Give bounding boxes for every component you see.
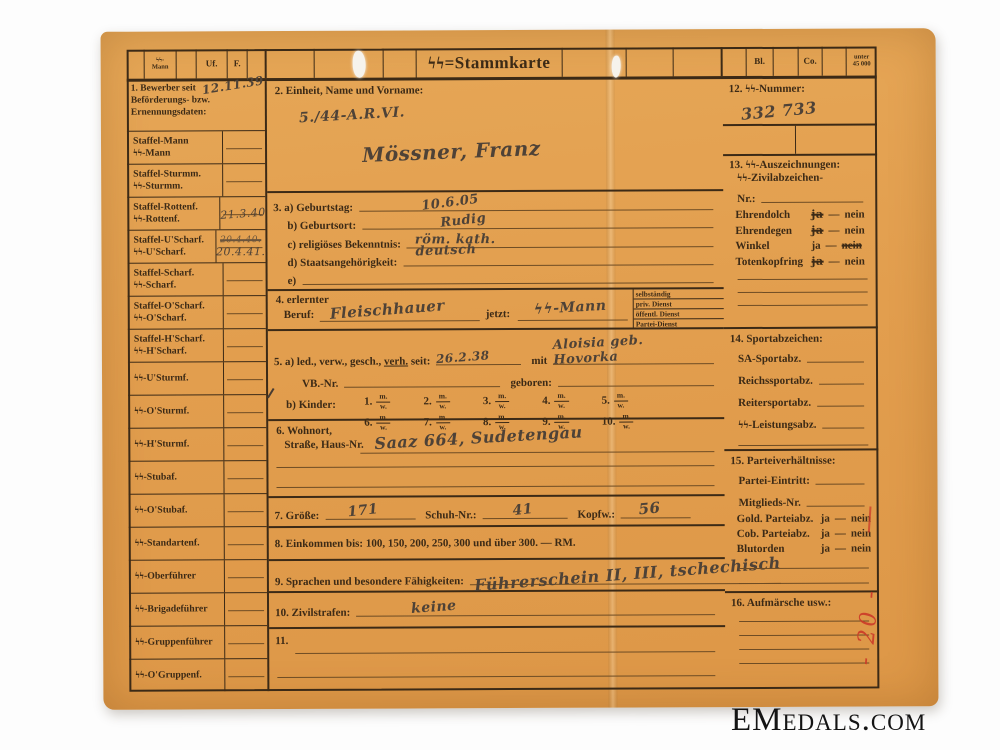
ehrendolch-ja: ja — [811, 208, 823, 221]
rank-row: ϟϟ-Brigadeführer — [129, 593, 267, 627]
split-cell-row — [723, 125, 877, 156]
section-ss-nummer: 12. ϟϟ-Nummer: 332 733 — [723, 78, 877, 126]
dash: — — [835, 513, 846, 525]
staatsangehoerigkeit-label: d) Staatsangehörigkeit: — [268, 256, 398, 269]
rank-date-cell — [224, 494, 267, 526]
cob-parteiabz-label: Cob. Parteiabz. — [737, 528, 821, 540]
blutorden-ja: ja — [821, 543, 830, 555]
rank-label: ϟϟ-O'Sturmf. — [134, 405, 223, 417]
section-parteiverhaeltnisse: 15. Parteiverhältnisse: Partei-Eintritt:… — [724, 450, 879, 593]
header-cell-empty — [384, 48, 417, 77]
rank-row: Staffel-O'Scharf.ϟϟ-O'Scharf. — [128, 296, 266, 330]
partei-eintritt-label: Partei-Eintritt: — [724, 475, 810, 487]
zivilstrafen-label: 10. Zivilstrafen: — [269, 607, 350, 619]
ernennungsdaten-label: Ernennungsdaten: — [131, 107, 262, 119]
geburtsort-value: Rudig — [439, 211, 486, 231]
kind-number: 2. — [423, 396, 431, 408]
header-cell-empty — [627, 47, 674, 76]
rank-date-cell — [223, 461, 266, 493]
reitersportabz-label: Reitersportabz. — [724, 397, 811, 409]
rank-date-value: 20.4.41. — [216, 245, 266, 258]
header-cell-empty — [315, 49, 384, 78]
geburtstag-label: 3. a) Geburtstag: — [267, 202, 353, 214]
gold-parteiabz-ja: ja — [821, 513, 830, 525]
section-sprachen: 9. Sprachen und besondere Fähigkeiten: F… — [269, 559, 725, 593]
vb-nr-label: VB.-Nr. — [268, 378, 338, 390]
rank-date-cell — [223, 329, 266, 361]
header-cell-bl: Bl. — [747, 47, 774, 76]
rank-row: Staffel-Rottenf.ϟϟ-Rottenf. 21.3.40 — [127, 197, 265, 231]
rank-date-cell — [223, 362, 266, 394]
uf-label: Uf. — [206, 59, 218, 68]
rank-row: ϟϟ-O'Stubaf. — [129, 494, 267, 528]
groesse-value: 171 — [346, 501, 378, 520]
rank-column: 1. Bewerber seit Beförderungs- bzw. Erne… — [127, 81, 270, 692]
rank-date-cell — [224, 659, 267, 691]
rank-label: ϟϟ-Sturmm. — [133, 180, 222, 192]
dash: — — [828, 208, 839, 220]
rank-label: ϟϟ-Standartenf. — [135, 537, 224, 549]
rank-date-cell — [222, 164, 265, 196]
option-priv-dienst: priv. Dienst — [634, 299, 724, 309]
dash: — — [826, 240, 837, 252]
kind-m-label: m. — [376, 393, 390, 403]
promotion-dates-header: 1. Bewerber seit Beförderungs- bzw. Erne… — [127, 81, 265, 132]
rank-label: ϟϟ-H'Scharf. — [134, 345, 223, 357]
schuh-nr-value: 41 — [512, 501, 534, 519]
mit-label: mit — [531, 355, 547, 367]
header-cell-ss-mann: ϟϟ- Mann — [145, 49, 177, 78]
blank-line — [277, 485, 715, 488]
header-cell-co: Co. — [799, 47, 823, 76]
rank-date-crossed-value: 20.4.40. — [220, 235, 261, 245]
totenkopfring-nein: nein — [845, 255, 865, 267]
wohnort-label-line1: 6. Wohnort, — [276, 425, 332, 437]
header-cell-empty — [674, 47, 723, 76]
blank-line — [738, 304, 868, 306]
rank-row: ϟϟ-H'Sturmf. — [128, 428, 266, 462]
header-cell-empty — [267, 49, 315, 78]
winkel-nein: nein — [842, 240, 862, 252]
rank-row: Staffel-Scharf.ϟϟ-Scharf. — [128, 263, 266, 297]
beruf-label-line2: Beruf: — [284, 309, 315, 321]
kind-number: 5. — [602, 395, 610, 407]
rank-date-cell: 20.4.40. 20.4.41. — [215, 230, 266, 262]
rank-row: Staffel-Sturmm.ϟϟ-Sturmm. — [127, 164, 265, 198]
rank-label: Staffel-O'Scharf. — [134, 301, 223, 313]
blank-line — [739, 567, 869, 569]
paper-damage-spot — [353, 51, 366, 78]
jetzt-label: jetzt: — [486, 308, 510, 320]
rank-date-cell — [223, 263, 266, 295]
rank-label: Staffel-H'Scharf. — [134, 334, 223, 346]
kind-w-label: w. — [618, 401, 625, 410]
familienstand-label: 5. a) led., verw., gesch., verh. seit: — [268, 355, 430, 368]
rank-label: ϟϟ-O'Gruppenf. — [135, 669, 224, 681]
rank-label: Staffel-U'Scharf. — [133, 235, 215, 247]
rank-label: ϟϟ-U'Sturmf. — [134, 372, 223, 384]
kind-w-label: w. — [439, 402, 446, 411]
blank-line — [738, 278, 868, 280]
kopfweite-label: Kopfw.: — [577, 509, 615, 521]
verheiratet-seit-value: 26.2.38 — [436, 348, 490, 366]
rank-row: Staffel-Mannϟϟ-Mann — [127, 131, 265, 165]
rank-label: Staffel-Mann — [133, 136, 222, 148]
dash: — — [829, 255, 840, 267]
bl-label: Bl. — [754, 57, 765, 66]
kind-m-label: m. — [554, 392, 568, 402]
header-cell-empty — [774, 47, 799, 76]
kind-m-label: m. — [495, 392, 509, 402]
kinder-label: b) Kinder: — [286, 399, 336, 411]
sportabzeichen-title: 14. Sportabzeichen: — [724, 328, 878, 345]
schuh-nr-label: Schuh-Nr.: — [425, 509, 476, 521]
rank-label: ϟϟ-Scharf. — [134, 279, 223, 291]
rank-row: ϟϟ-U'Sturmf. — [128, 362, 266, 396]
kind-w-label: w. — [380, 402, 387, 411]
wohnort-label-line2: Straße, Haus-Nr. — [284, 439, 363, 451]
cob-parteiabz-ja: ja — [821, 528, 830, 540]
ss-mann-line2: Mann — [152, 64, 169, 71]
unit-name-label: 2. Einheit, Name und Vorname: — [267, 79, 723, 97]
kopfweite-value: 56 — [638, 498, 661, 518]
sprachen-label: 9. Sprachen und besondere Fähigkeiten: — [269, 575, 464, 588]
rank-label: Staffel-Rottenf. — [133, 202, 219, 214]
rank-date-cell — [223, 395, 266, 427]
groesse-label: 7. Größe: — [269, 510, 320, 522]
rank-label: ϟϟ-Gruppenführer — [135, 636, 224, 648]
rank-label: ϟϟ-Oberführer — [135, 570, 224, 582]
kind-m-label: m. — [614, 392, 628, 402]
ehrendegen-nein: nein — [844, 224, 864, 236]
rank-row: Staffel-U'Scharf.ϟϟ-U'Scharf. 20.4.40. 2… — [127, 230, 265, 264]
rank-label: ϟϟ-U'Scharf. — [133, 246, 215, 258]
header-cell-empty — [127, 50, 145, 79]
rank-date-value: 21.3.40 — [219, 205, 265, 221]
mitglieds-nr-label: Mitglieds-Nr. — [725, 497, 801, 509]
rank-label: ϟϟ-Mann — [133, 147, 222, 159]
field-e-label: e) — [268, 275, 297, 287]
kind-number: 4. — [542, 395, 550, 407]
header-cell-uf: Uf. — [197, 49, 228, 78]
pen-mark — [267, 388, 282, 403]
header-cell-f: F. — [228, 49, 248, 78]
kinder-row-1-5: 1.m.w. 2.m.w. 3.m.w. 4.m.w. 5.m.w. — [364, 391, 724, 411]
blutorden-label: Blutorden — [737, 543, 821, 555]
blank-line — [739, 648, 869, 650]
card-title-text: ϟϟ=Stammkarte — [428, 53, 551, 71]
rank-date-cell — [223, 296, 266, 328]
rank-label: ϟϟ-Stubaf. — [134, 471, 223, 483]
section-sportabzeichen: 14. Sportabzeichen: SA-Sportabz. Reichss… — [724, 328, 879, 451]
sa-sportabz-label: SA-Sportabz. — [724, 353, 801, 365]
rank-label: ϟϟ-Brigadeführer — [135, 603, 224, 615]
header-cell-empty — [723, 47, 747, 76]
parteiverhaeltnisse-title: 15. Parteiverhältnisse: — [724, 450, 878, 467]
dash: — — [828, 224, 839, 236]
blank-line — [739, 634, 869, 636]
rank-label: Staffel-Scharf. — [134, 268, 223, 280]
rank-label: ϟϟ-Rottenf. — [133, 213, 219, 225]
staatsangehoerigkeit-value: deutsch — [415, 242, 477, 259]
blank-line — [295, 651, 715, 654]
ehrendolch-nein: nein — [844, 208, 864, 220]
blank-line — [739, 620, 869, 622]
bekenntnis-label: c) religiöses Bekenntnis: — [267, 238, 401, 251]
rank-date-cell — [224, 593, 267, 625]
option-selbstaendig: selbständig — [634, 289, 724, 299]
dash: — — [835, 543, 846, 555]
winkel-ja: ja — [811, 240, 820, 252]
stammkarte-document: ϟϟ- Mann Uf. F. ϟϟ=Stammkarte Bl. Co. un… — [101, 28, 939, 710]
name-value: Mössner, Franz — [362, 129, 724, 167]
kind-w-label: w. — [499, 402, 506, 411]
rank-label: Staffel-Sturmm. — [133, 169, 222, 181]
geburtsort-label: b) Geburtsort: — [267, 220, 356, 232]
blank-line — [738, 291, 868, 293]
split-cell-divider — [795, 126, 796, 154]
section-zivilstrafen: 10. Zivilstrafen: keine — [269, 591, 725, 629]
rank-date-cell — [223, 428, 266, 460]
option-oeffentl-dienst: öffentl. Dienst — [634, 309, 724, 319]
rank-row: Staffel-H'Scharf.ϟϟ-H'Scharf. — [128, 329, 266, 363]
watermark: EMedals.com — [731, 702, 926, 739]
beruf-value: Fleischhauer — [329, 296, 445, 322]
blank-line — [739, 662, 869, 664]
section-groesse: 7. Größe: 171 Schuh-Nr.: 41 Kopfw.: 56 — [269, 496, 725, 528]
header-cell-unter: unter 45 000 — [847, 46, 877, 75]
kind-number: 1. — [364, 396, 372, 408]
wohnort-value: Saaz 664, Sudetengau — [374, 422, 583, 453]
ehefrau-value: Aloisia geb. Hovorka — [553, 329, 715, 368]
jetzt-value: ϟϟ-Mann — [533, 298, 607, 318]
unit-value: 5./44-A.R.VI. — [299, 103, 430, 126]
rank-date-cell — [224, 560, 267, 592]
kind-number: 3. — [483, 395, 491, 407]
card-title: ϟϟ=Stammkarte — [417, 48, 563, 78]
blank-line — [738, 444, 868, 446]
section-einkommen: 8. Einkommen bis: 100, 150, 200, 250, 30… — [269, 526, 725, 561]
totenkopfring-ja: ja — [812, 255, 824, 268]
rank-row: ϟϟ-Gruppenführer — [129, 626, 267, 660]
co-label: Co. — [804, 56, 817, 65]
rank-date-cell: 21.3.40 — [219, 197, 266, 229]
section-birth-data: 3. a) Geburtstag: 10.6.05 b) Geburtsort:… — [267, 191, 723, 291]
rank-label: ϟϟ-O'Stubaf. — [135, 504, 224, 516]
header-cell-empty — [177, 49, 197, 78]
nr-label: Nr.: — [723, 193, 755, 205]
zivilstrafen-value: keine — [411, 598, 458, 617]
dash: — — [835, 528, 846, 540]
ehrendolch-label: Ehrendolch — [735, 208, 811, 220]
section-auszeichnungen: 13. ϟϟ-Auszeichnungen: ϟϟ-Zivilabzeichen… — [723, 155, 878, 329]
blutorden-nein: nein — [851, 542, 871, 554]
section-unit-name: 2. Einheit, Name und Vorname: 5./44-A.R.… — [267, 79, 723, 193]
blank-line — [739, 582, 869, 584]
rank-row: ϟϟ-O'Sturmf. — [128, 395, 266, 429]
auszeichnungen-title: 13. ϟϟ-Auszeichnungen: — [723, 155, 877, 171]
ss-nummer-label: 12. ϟϟ-Nummer: — [723, 78, 877, 95]
unter-line2: 45 000 — [853, 61, 871, 68]
reichssportabz-label: Reichssportabz. — [724, 375, 813, 387]
section-beruf: 4. erlernter Beruf: Fleischhauer jetzt: … — [268, 289, 724, 331]
section-11: 11. — [269, 627, 725, 691]
rank-row: ϟϟ-O'Gruppenf. — [129, 659, 267, 692]
kind-w-label: w. — [558, 401, 565, 410]
einkommen-label: 8. Einkommen bis: 100, 150, 200, 250, 30… — [269, 536, 576, 549]
rank-label: ϟϟ-H'Sturmf. — [134, 438, 223, 450]
section-11-label: 11. — [275, 635, 288, 647]
ss-nummer-value: 332 733 — [740, 93, 877, 124]
geburtstag-value: 10.6.05 — [420, 192, 479, 214]
section-familie: 5. a) led., verw., gesch., verh. seit: 2… — [268, 329, 724, 421]
rank-row: ϟϟ-Oberführer — [129, 560, 267, 594]
rank-label: ϟϟ-O'Scharf. — [134, 312, 223, 324]
gold-parteiabz-label: Gold. Parteiabz. — [737, 513, 821, 525]
ehrendegen-ja: ja — [811, 224, 823, 237]
dienst-options-box: selbständig priv. Dienst öffentl. Dienst… — [633, 289, 724, 327]
section-wohnort: 6. Wohnort, Straße, Haus-Nr. Saaz 664, S… — [268, 419, 724, 498]
rank-date-cell — [224, 626, 267, 658]
kind-m-label: m. — [436, 392, 450, 402]
rank-date-cell — [224, 527, 267, 559]
blank-line — [276, 465, 714, 468]
rank-row: ϟϟ-Stubaf. — [128, 461, 266, 495]
totenkopfring-label: Totenkopfring — [736, 255, 812, 267]
option-partei-dienst: Partei-Dienst — [634, 319, 724, 328]
zivilabzeichen-label: ϟϟ-Zivilabzeichen- — [723, 170, 877, 184]
befoerderungs-label: Beförderungs- bzw. — [131, 95, 262, 107]
geboren-label: geboren: — [510, 377, 551, 389]
f-label: F. — [234, 59, 241, 68]
ehrendegen-label: Ehrendegen — [735, 224, 811, 236]
rank-date-cell — [222, 131, 265, 163]
rank-row: ϟϟ-Standartenf. — [129, 527, 267, 561]
blank-line — [277, 675, 715, 678]
ss-leistungsabz-label: ϟϟ-Leistungsabz. — [724, 419, 816, 431]
header-cell-empty — [823, 47, 847, 76]
winkel-label: Winkel — [735, 240, 811, 252]
